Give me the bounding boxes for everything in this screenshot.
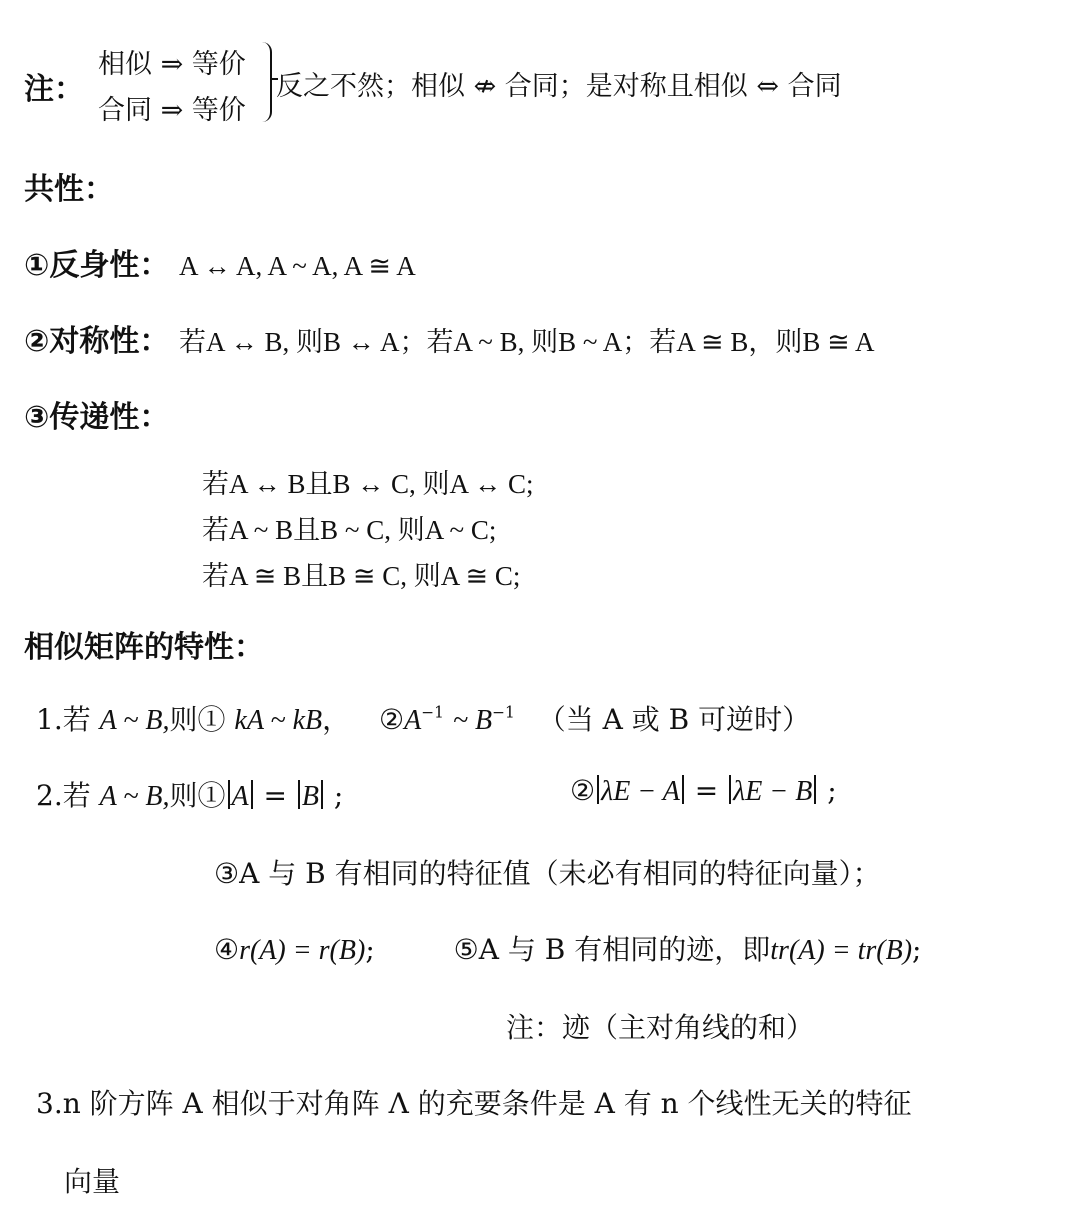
trace-note: 注：迹（主对角线的和） <box>506 1006 814 1046</box>
symmetric-label: ②对称性： <box>24 324 169 359</box>
transitive-line-1: 若A ↔ B且B ↔ C, 则A ↔ C; <box>202 462 534 501</box>
item1-scalar-similar: kA ~ kB <box>234 705 322 736</box>
similar-item-2-char-poly: ②λE − A = λE − B ; <box>570 774 837 808</box>
note-label: 注： <box>24 64 84 108</box>
char-poly-A: λE − A <box>601 776 680 807</box>
item1-separator: ， <box>322 703 350 736</box>
item2-prefix: 2.若 <box>36 779 91 812</box>
trace-equality: tr(A) = tr(B) <box>770 935 912 966</box>
item2-then: 则① <box>169 779 225 812</box>
trace-semicolon: ; <box>912 933 921 966</box>
symmetric-row: ②对称性： 若A ↔ B, 则B ↔ A；若A ~ B, 则B ~ A；若A ≅… <box>24 316 875 360</box>
char-poly-semicolon: ; <box>827 774 836 807</box>
rank-semicolon: ; <box>365 933 374 966</box>
trace-statement: ⑤A 与 B 有相同的迹，即 <box>454 933 771 966</box>
item1-invertible-note: （当 A 或 B 可逆时） <box>538 703 810 736</box>
reflexive-label: ①反身性： <box>24 248 169 283</box>
item2-circled-2: ② <box>570 774 595 807</box>
transitive-label: ③传递性： <box>24 392 169 436</box>
item1-condition: A ~ B, <box>100 705 170 736</box>
reflexive-formula: A ↔ A, A ~ A, A ≅ A <box>179 251 416 281</box>
reflexive-row: ①反身性： A ↔ A, A ~ A, A ≅ A <box>24 240 416 284</box>
item3-line-1: 3.n 阶方阵 A 相似于对角阵 Λ 的充要条件是 A 有 n 个线性无关的特征 <box>36 1082 912 1122</box>
item1-circled-2: ② <box>379 703 404 736</box>
det-A: A <box>232 781 249 812</box>
char-poly-B: λE − B <box>733 776 812 807</box>
item1-inverse-sup-A: −1 <box>421 703 444 721</box>
item1-inverse-sup-B: −1 <box>492 703 515 721</box>
item1-inverse-B: ~ B <box>453 705 492 736</box>
note-line-similar-equivalent: 相似 ⇒ 等价 <box>98 42 246 81</box>
similar-heading: 相似矩阵的特性： <box>24 622 264 666</box>
common-heading: 共性： <box>24 164 114 208</box>
char-poly-equals: = <box>695 774 718 807</box>
item2-rank-trace: ④r(A) = r(B); ⑤A 与 B 有相同的迹，即tr(A) = tr(B… <box>214 928 921 968</box>
det-B: B <box>302 781 319 812</box>
rank-equality: r(A) = r(B) <box>239 935 365 966</box>
similar-item-1: 1.若 A ~ B,则① kA ~ kB， ②A−1 ~ B−1 （当 A 或 … <box>36 698 810 738</box>
det-equals: = <box>264 779 287 812</box>
right-brace <box>258 42 272 122</box>
transitive-line-3: 若A ≅ B且B ≅ C, 则A ≅ C; <box>202 554 520 593</box>
item1-then: 则① <box>169 703 225 736</box>
item2-condition: A ~ B, <box>100 781 170 812</box>
item1-inverse-A: A <box>404 705 421 736</box>
item3-line-2: 向量 <box>64 1160 120 1200</box>
det-semicolon: ; <box>334 779 343 812</box>
transitive-line-2: 若A ~ B且B ~ C, 则A ~ C; <box>202 508 496 547</box>
item2-eigenvalues: ③A 与 B 有相同的特征值（未必有相同的特征向量）； <box>214 852 881 892</box>
note-line-congruent-equivalent: 合同 ⇒ 等价 <box>98 88 246 127</box>
note-conclusion: 反之不然；相似 ⇎ 合同；是对称且相似 ⇔ 合同 <box>276 64 842 103</box>
item2-circled-4: ④ <box>214 933 239 966</box>
similar-item-2-line-1: 2.若 A ~ B,则①A = B ; <box>36 774 343 814</box>
item1-prefix: 1.若 <box>36 703 91 736</box>
symmetric-formula: 若A ↔ B, 则B ↔ A；若A ~ B, 则B ~ A；若A ≅ B，则B … <box>179 327 875 357</box>
